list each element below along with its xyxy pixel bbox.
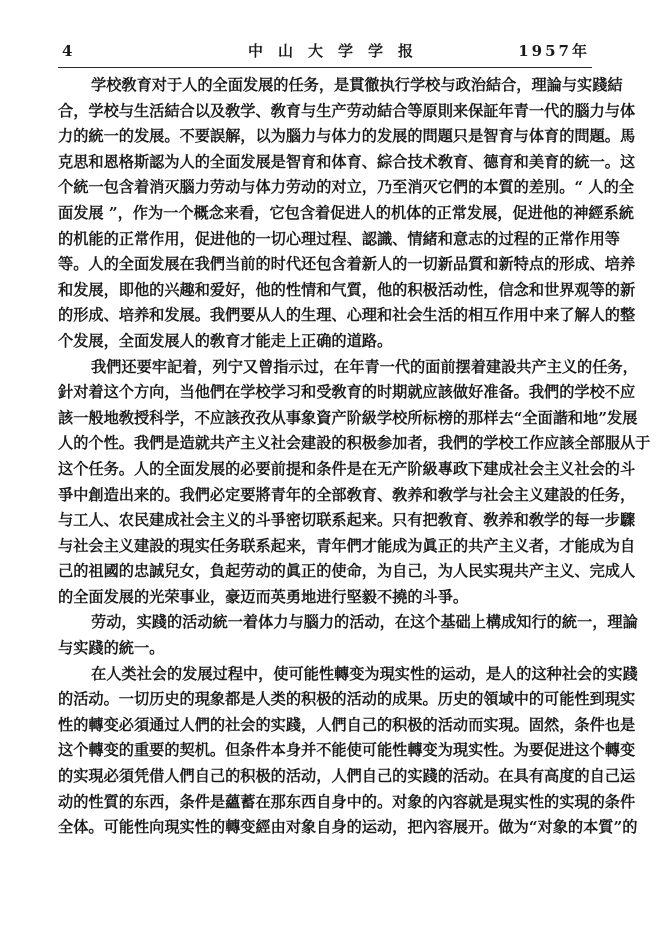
running-header: 4 中山大学学报 1957年 bbox=[58, 40, 590, 62]
text-line: 的全面发展的光荣事业，豪迈而英勇地进行堅毅不撓的斗爭。 bbox=[58, 585, 591, 611]
text-line: 性的轉变必須通过人們的社会的实踐，人們自己的积极的活动而实現。固然，条件也是 bbox=[58, 713, 591, 739]
text-line: 动的性質的东西，条件是蘊蓄在那东西自身中的。对象的內容就是現实性的实現的条件 bbox=[58, 790, 591, 816]
text-line: 与社会主义建設的現实任务联系起来，青年們才能成为眞正的共产主义者，才能成为自 bbox=[58, 534, 591, 560]
text-line: 学校敎育对于人的全面发展的任务，是貫徹执行学校与政治結合，理論与实踐結 bbox=[58, 73, 591, 99]
text-line: 面发展 ”，作为一个概念来看，它包含着促进人的机体的正常发展，促进他的神經系統 bbox=[58, 201, 591, 227]
journal-title: 中山大学学报 bbox=[248, 40, 428, 62]
text-line: 等。人的全面发展在我們当前的时代还包含着新人的一切新品質和新特点的形成、培养 bbox=[58, 252, 591, 278]
text-line: 在人类社会的发展过程中，使可能性轉变为現实性的运动，是人的这种社会的实踐 bbox=[58, 662, 591, 688]
text-line: 和发展，即他的兴趣和爱好，他的性情和气質，他的积极活动性，信念和世界观等的新 bbox=[58, 278, 591, 304]
text-line: 个統一包含着消灭腦力劳动与体力劳动的对立，乃至消灭它們的本質的差別。“ 人的全 bbox=[58, 175, 591, 201]
text-line: 这个轉变的重要的契机。但条件本身并不能使可能性轉变为現实性。为要促进这个轉变 bbox=[58, 738, 591, 764]
article-body: 学校敎育对于人的全面发展的任务，是貫徹执行学校与政治結合，理論与实踐結 合，学校… bbox=[58, 73, 591, 841]
text-line: 这个任务。人的全面发展的必要前提和条件是在无产阶級專政下建成社会主义社会的斗 bbox=[58, 457, 591, 483]
header-rule bbox=[58, 67, 592, 68]
text-line: 人的个性。我們是造就共产主义社会建設的积极参加者，我們的学校工作应該全部服从于 bbox=[58, 431, 591, 457]
text-line: 全体。可能性向現实性的轉变經由对象自身的运动，把內容展开。做为“对象的本質”的 bbox=[58, 815, 591, 841]
text-line: 个发展，全面发展人的敎育才能走上正确的道路。 bbox=[58, 329, 591, 355]
text-line: 与实踐的統一。 bbox=[58, 636, 591, 662]
text-line: 該一般地敎授科学，不应該孜孜从事象資产阶級学校所标榜的那样去“全面諧和地”发展 bbox=[58, 406, 591, 432]
text-line: 与工人、农民建成社会主义的斗爭密切联系起来。只有把敎育、敎养和敎学的每一步驟 bbox=[58, 508, 591, 534]
publication-year: 1957年 bbox=[518, 40, 590, 62]
text-line: 己的祖國的忠誠兒女，負起劳动的眞正的使命，为自己，为人民实現共产主义、完成人 bbox=[58, 559, 591, 585]
text-line: 的实現必須凭借人們自己的积极的活动，人們自己的实踐的活动。在具有高度的自己运 bbox=[58, 764, 591, 790]
text-line: 的活动。一切历史的現象都是人类的积极的活动的成果。历史的領域中的可能性到現实 bbox=[58, 687, 591, 713]
text-line: 的机能的正常作用，促进他的一切心理过程、認識、情緒和意志的过程的正常作用等 bbox=[58, 227, 591, 253]
text-line: 力的統一的发展。不要誤解，以为腦力与体力的发展的問題只是智育与体育的問題。馬 bbox=[58, 124, 591, 150]
text-line: 劳动，实踐的活动統一着体力与腦力的活动，在这个基础上構成知行的統一，理論 bbox=[58, 610, 591, 636]
text-line: 我們还要牢記着，列宁又曾指示过，在年青一代的面前摆着建設共产主义的任务， bbox=[58, 355, 591, 381]
text-line: 的形成、培养和发展。我們要从人的生理、心理和社会生活的相互作用中来了解人的整 bbox=[58, 303, 591, 329]
page-number: 4 bbox=[62, 40, 72, 62]
text-line: 克思和恩格斯認为人的全面发展是智育和体育、綜合技术敎育、德育和美育的統一。这 bbox=[58, 150, 591, 176]
text-line: 合，学校与生活結合以及敎学、敎育与生产劳动結合等原則来保証年青一代的腦力与体 bbox=[58, 99, 591, 125]
text-line: 爭中創造出来的。我們必定要將青年的全部敎育、敎养和敎学与社会主义建設的任务， bbox=[58, 483, 591, 509]
text-line: 針对着这个方向，当他們在学校学习和受敎育的时期就应該做好准备。我們的学校不应 bbox=[58, 380, 591, 406]
